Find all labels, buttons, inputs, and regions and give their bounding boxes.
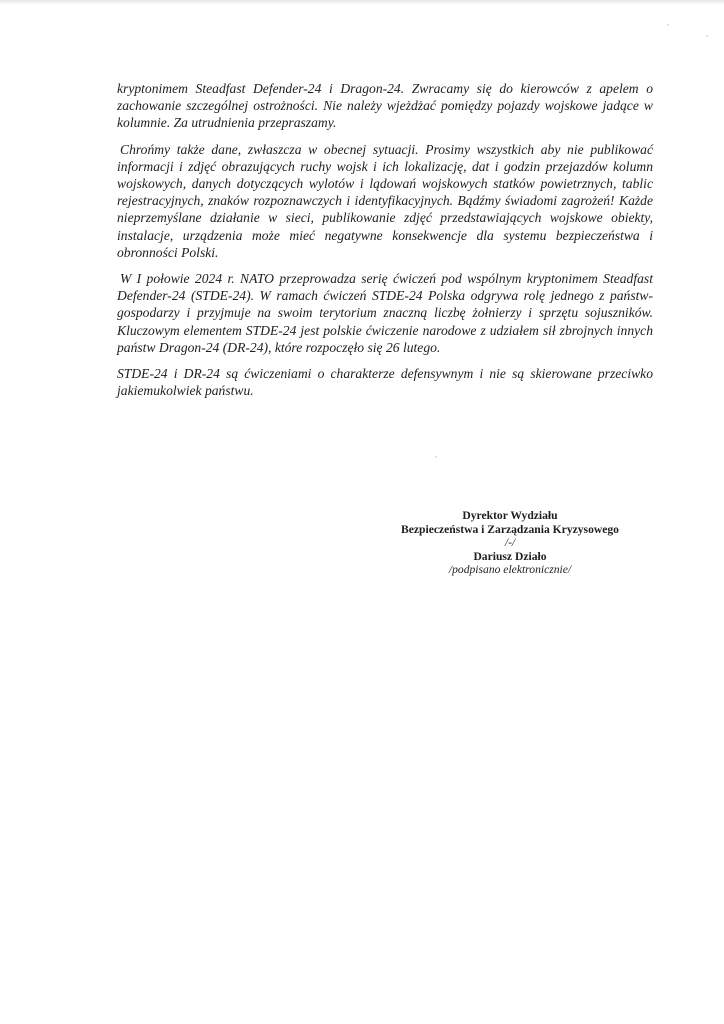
paragraph-nato-exercises: W I połowie 2024 r. NATO przeprowadza se… xyxy=(117,270,653,356)
signature-mark: /-/ xyxy=(392,536,628,550)
scan-speck xyxy=(706,35,708,37)
paragraph-data-protection: Chrońmy także dane, zwłaszcza w obecnej … xyxy=(117,141,653,261)
signature-title-line1: Dyrektor Wydziału xyxy=(392,509,628,523)
paragraph-defensive-character: STDE-24 i DR-24 są ćwiczeniami o charakt… xyxy=(117,365,653,399)
scan-speck xyxy=(667,24,669,26)
document-body: kryptonimem Steadfast Defender-24 i Drag… xyxy=(117,80,653,408)
signatory-name: Dariusz Działo xyxy=(392,550,628,564)
paragraph-traffic-appeal: kryptonimem Steadfast Defender-24 i Drag… xyxy=(117,80,653,132)
scan-speck xyxy=(435,456,437,458)
signature-block: Dyrektor Wydziału Bezpieczeństwa i Zarzą… xyxy=(392,509,628,577)
signature-note: /podpisano elektronicznie/ xyxy=(392,563,628,577)
signature-title-line2: Bezpieczeństwa i Zarządzania Kryzysowego xyxy=(392,523,628,537)
scan-edge-shadow xyxy=(0,0,724,5)
